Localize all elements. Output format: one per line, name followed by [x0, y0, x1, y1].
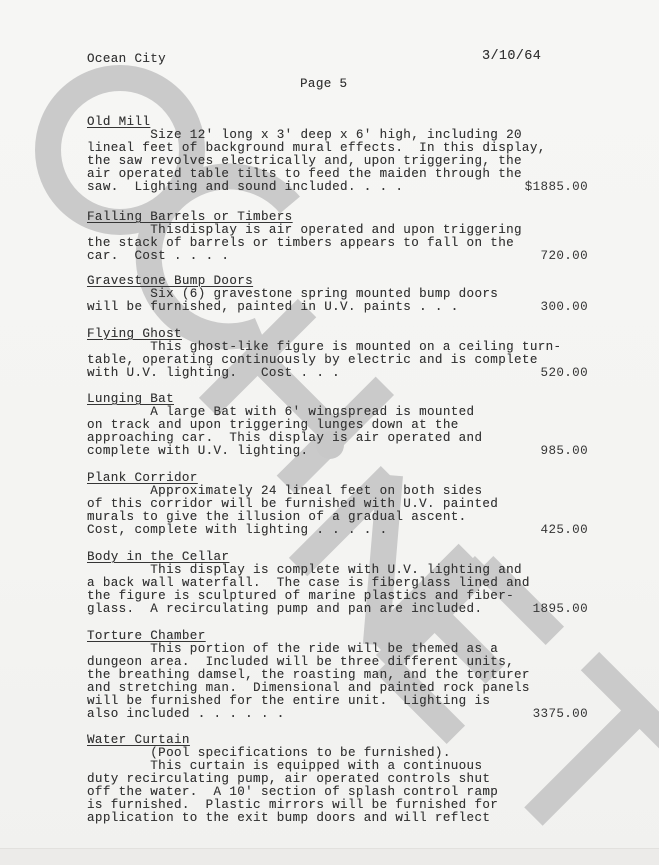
- item-price: 300.00: [468, 301, 588, 314]
- item-price: 1895.00: [468, 603, 588, 616]
- item-price: 3375.00: [468, 708, 588, 721]
- header-location: Ocean City: [87, 53, 166, 66]
- item-price: $1885.00: [468, 181, 588, 194]
- header-date: 3/10/64: [482, 50, 541, 63]
- item-description-line: complete with U.V. lighting.: [87, 445, 308, 458]
- item-description-line: saw. Lighting and sound included. . . .: [87, 181, 403, 194]
- item-price: 720.00: [468, 250, 588, 263]
- paper-edge: [0, 848, 659, 865]
- item-description-line: will be furnished, painted in U.V. paint…: [87, 301, 459, 314]
- item-description-line: Cost, complete with lighting . . . . .: [87, 524, 387, 537]
- item-description-line: also included . . . . . .: [87, 708, 285, 721]
- item-description-line: glass. A recirculating pump and pan are …: [87, 603, 482, 616]
- page-number: Page 5: [300, 78, 347, 91]
- item-description-line: with U.V. lighting. Cost . . .: [87, 367, 340, 380]
- item-price: 520.00: [468, 367, 588, 380]
- item-description-line: car. Cost . . . .: [87, 250, 229, 263]
- item-description-line: application to the exit bump doors and w…: [87, 812, 490, 825]
- item-price: 985.00: [468, 445, 588, 458]
- item-price: 425.00: [468, 524, 588, 537]
